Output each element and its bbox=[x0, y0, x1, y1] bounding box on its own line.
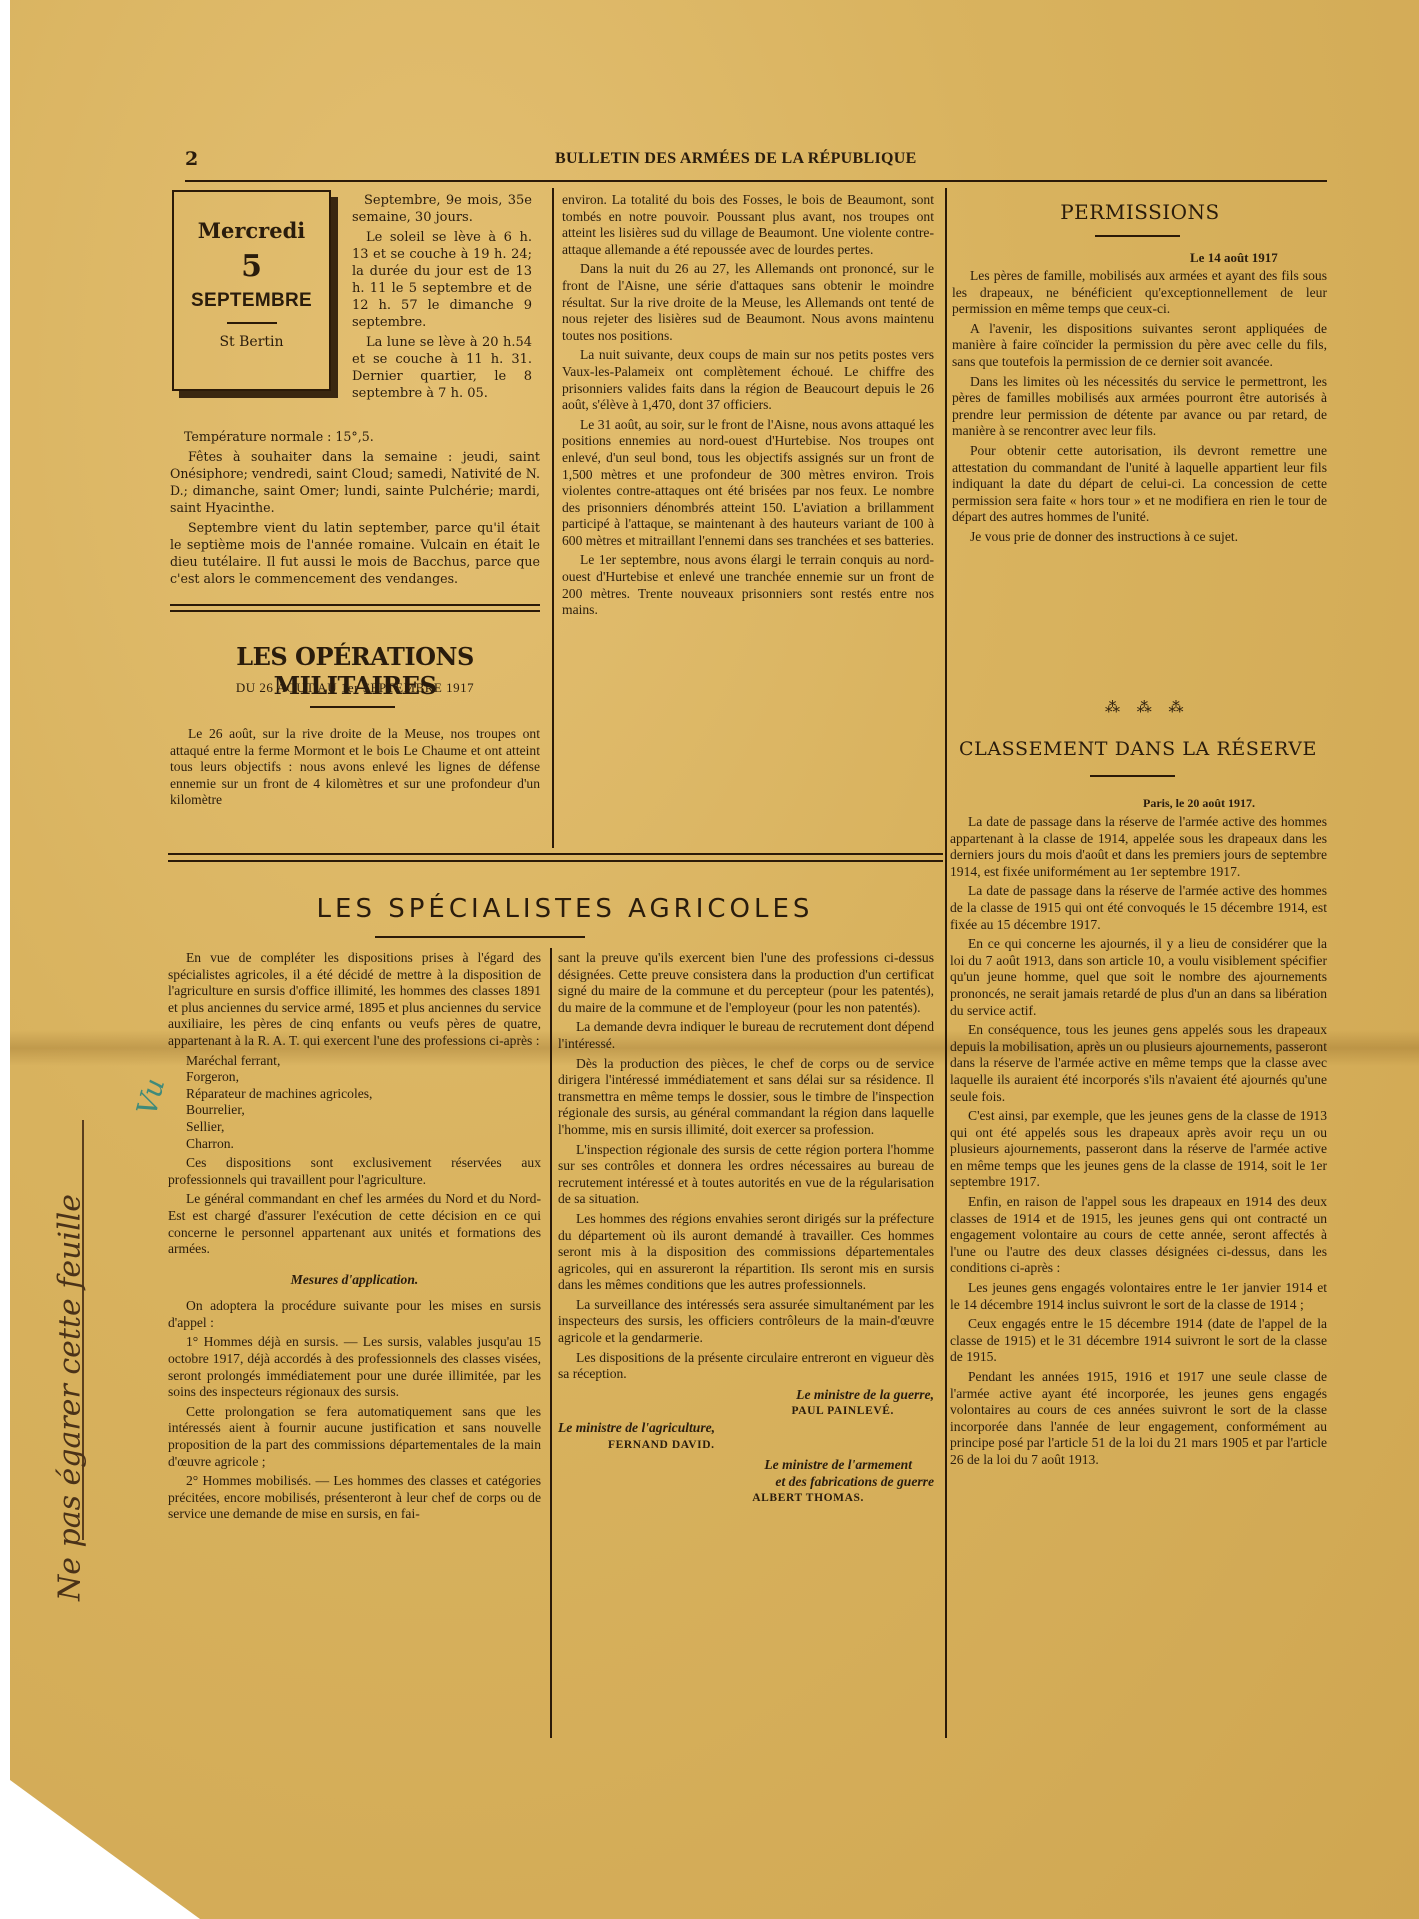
classement-body: La date de passage dans la réserve de l'… bbox=[950, 814, 1327, 1472]
calendar-weekday: Mercredi bbox=[174, 218, 329, 243]
operations-paragraph: environ. La totalité du bois des Fosses,… bbox=[562, 192, 934, 258]
classement-paragraph: La date de passage dans la réserve de l'… bbox=[950, 883, 1327, 933]
classement-date: Paris, le 20 août 1917. bbox=[1143, 796, 1255, 811]
almanac-paragraph: La lune se lève à 20 h.54 et se couche à… bbox=[352, 334, 532, 402]
calendar-box: Mercredi 5 SEPTEMBRE St Bertin bbox=[172, 190, 331, 391]
permissions-paragraph: A l'avenir, les dispositions suivantes s… bbox=[952, 321, 1327, 371]
classement-paragraph: Ceux engagés entre le 15 décembre 1914 (… bbox=[950, 1316, 1327, 1366]
permissions-paragraph: Pour obtenir cette autorisation, ils dev… bbox=[952, 443, 1327, 526]
specialistes-col2: sant la preuve qu'ils exercent bien l'un… bbox=[558, 950, 934, 1507]
handwritten-text: Ne pas égarer cette feuille bbox=[53, 1188, 88, 1608]
classement-paragraph: La date de passage dans la réserve de l'… bbox=[950, 814, 1327, 880]
operations-paragraph: La nuit suivante, deux coups de main sur… bbox=[562, 347, 934, 413]
ornament-separator: ⁂ ⁂ ⁂ bbox=[1105, 698, 1190, 716]
profession-item: Charron. bbox=[168, 1136, 541, 1153]
calendar-saint: St Bertin bbox=[174, 334, 329, 350]
specialistes-title: LES SPÉCIALISTES AGRICOLES bbox=[180, 894, 950, 924]
specialistes-paragraph: La surveillance des intéressés sera assu… bbox=[558, 1297, 934, 1347]
title-rule bbox=[375, 936, 585, 938]
specialistes-paragraph: sant la preuve qu'ils exercent bien l'un… bbox=[558, 950, 934, 1016]
running-header: 2 BULLETIN DES ARMÉES DE LA RÉPUBLIQUE bbox=[185, 148, 1325, 176]
specialistes-paragraph: Cette prolongation se fera automatiqueme… bbox=[168, 1404, 541, 1470]
publication-title: BULLETIN DES ARMÉES DE LA RÉPUBLIQUE bbox=[555, 150, 917, 168]
signature-name-agri: FERNAND DAVID. bbox=[558, 1437, 934, 1454]
almanac-side: Septembre, 9e mois, 35e semaine, 30 jour… bbox=[352, 192, 532, 405]
signature-title-guerre: Le ministre de la guerre, bbox=[558, 1387, 934, 1404]
specialistes-paragraph: On adoptera la procédure suivante pour l… bbox=[168, 1298, 541, 1331]
specialistes-paragraph: Ces dispositions sont exclusivement rése… bbox=[168, 1155, 541, 1188]
title-rule bbox=[310, 706, 395, 708]
signature-title-armement-2: et des fabrications de guerre bbox=[558, 1474, 934, 1491]
classement-paragraph: En ce qui concerne les ajournés, il y a … bbox=[950, 936, 1327, 1019]
title-rule bbox=[1095, 235, 1180, 237]
specialistes-col1: En vue de compléter les dispositions pri… bbox=[168, 950, 541, 1526]
specialistes-paragraph: La demande devra indiquer le bureau de r… bbox=[558, 1019, 934, 1052]
permissions-paragraph: Je vous prie de donner des instructions … bbox=[952, 529, 1327, 546]
column-divider bbox=[552, 188, 554, 848]
operations-paragraph: Le 1er septembre, nous avons élargi le t… bbox=[562, 552, 934, 618]
permissions-body: Les pères de famille, mobilisés aux armé… bbox=[952, 268, 1327, 549]
header-rule bbox=[185, 180, 1327, 182]
specialistes-paragraph: L'inspection régionale des sursis de cet… bbox=[558, 1142, 934, 1208]
operations-col1: Le 26 août, sur la rive droite de la Meu… bbox=[170, 726, 540, 812]
calendar-month: SEPTEMBRE bbox=[174, 290, 329, 312]
classement-paragraph: Pendant les années 1915, 1916 et 1917 un… bbox=[950, 1369, 1327, 1469]
permissions-paragraph: Les pères de famille, mobilisés aux armé… bbox=[952, 268, 1327, 318]
operations-paragraph: Le 31 août, au soir, sur le front de l'A… bbox=[562, 417, 934, 550]
specialistes-paragraph: 1° Hommes déjà en sursis. — Les sursis, … bbox=[168, 1334, 541, 1400]
operations-paragraph: Le 26 août, sur la rive droite de la Meu… bbox=[170, 726, 540, 809]
double-rule bbox=[170, 604, 540, 606]
profession-item: Forgeron, bbox=[168, 1069, 541, 1086]
almanac-note: Septembre vient du latin september, parc… bbox=[170, 519, 540, 587]
handwritten-note: Ne pas égarer cette feuille bbox=[30, 1180, 90, 1620]
column-divider bbox=[945, 188, 947, 1738]
calendar-rule bbox=[227, 322, 277, 324]
specialistes-paragraph: En vue de compléter les dispositions pri… bbox=[168, 950, 541, 1050]
page-number: 2 bbox=[185, 148, 198, 170]
signature-title-agri: Le ministre de l'agriculture, bbox=[558, 1420, 934, 1437]
permissions-paragraph: Dans les limites où les nécessités du se… bbox=[952, 374, 1327, 440]
almanac-note: Fêtes à souhaiter dans la semaine : jeud… bbox=[170, 448, 540, 516]
almanac-note: Température normale : 15°,5. bbox=[170, 428, 540, 445]
permissions-date: Le 14 août 1917 bbox=[1190, 250, 1278, 266]
specialistes-paragraph: Les hommes des régions envahies seront d… bbox=[558, 1211, 934, 1294]
specialistes-paragraph: Dès la production des pièces, le chef de… bbox=[558, 1056, 934, 1139]
almanac-paragraph: Le soleil se lève à 6 h. 13 et se couche… bbox=[352, 229, 532, 331]
specialistes-paragraph: 2° Hommes mobilisés. — Les hommes des cl… bbox=[168, 1473, 541, 1523]
permissions-title: PERMISSIONS bbox=[950, 200, 1330, 224]
signature-title-armement: Le ministre de l'armement bbox=[558, 1457, 934, 1474]
operations-col2: environ. La totalité du bois des Fosses,… bbox=[562, 192, 934, 622]
section-rule bbox=[168, 853, 943, 855]
classement-paragraph: Les jeunes gens engagés volontaires entr… bbox=[950, 1280, 1327, 1313]
almanac-paragraph: Septembre, 9e mois, 35e semaine, 30 jour… bbox=[352, 192, 532, 226]
specialistes-paragraph: Le général commandant en chef les armées… bbox=[168, 1191, 541, 1257]
almanac-notes: Température normale : 15°,5. Fêtes à sou… bbox=[170, 428, 540, 590]
double-rule bbox=[170, 610, 540, 612]
classement-paragraph: C'est ainsi, par exemple, que les jeunes… bbox=[950, 1108, 1327, 1191]
measures-subhead: Mesures d'application. bbox=[168, 1272, 541, 1289]
operations-paragraph: Dans la nuit du 26 au 27, les Allemands … bbox=[562, 261, 934, 344]
signature-name-armement: ALBERT THOMAS. bbox=[558, 1490, 934, 1507]
specialistes-paragraph: Les dispositions de la présente circulai… bbox=[558, 1350, 934, 1383]
title-rule bbox=[1090, 775, 1175, 777]
column-divider bbox=[550, 948, 552, 1738]
signature-block: Le ministre de la guerre, PAUL PAINLEVÉ.… bbox=[558, 1387, 934, 1507]
profession-item: Maréchal ferrant, bbox=[168, 1053, 541, 1070]
classement-title: CLASSEMENT DANS LA RÉSERVE bbox=[946, 738, 1330, 760]
calendar-day: 5 bbox=[174, 249, 329, 284]
signature-name-guerre: PAUL PAINLEVÉ. bbox=[558, 1403, 934, 1420]
classement-paragraph: Enfin, en raison de l'appel sous les dra… bbox=[950, 1194, 1327, 1277]
operations-subtitle: DU 26 AOUT AU 1er SEPTEMBRE 1917 bbox=[170, 680, 540, 696]
classement-paragraph: En conséquence, tous les jeunes gens app… bbox=[950, 1022, 1327, 1105]
section-rule bbox=[168, 860, 943, 862]
